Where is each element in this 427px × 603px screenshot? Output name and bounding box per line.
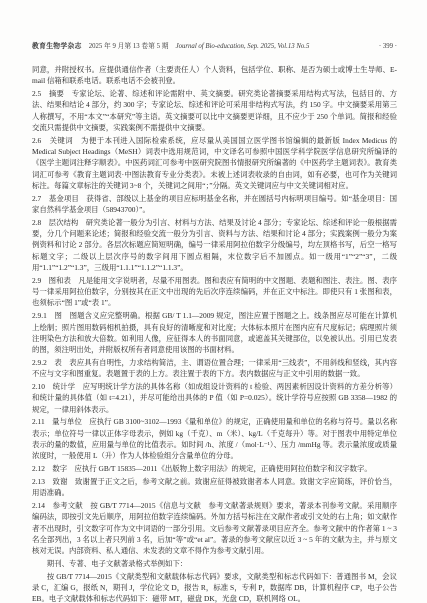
section-2-8-structure: 2.8 层次结构 研究类论著一般分为引言、材料与方法、结果及讨论 4 部分；专家…: [32, 217, 397, 273]
section-2-9-1-figures: 2.9.1 图 图题含义应完整明确。根据 GB/ T 1.1—2009 规定，图…: [32, 310, 397, 355]
section-2-9-figures-tables: 2.9 图和表 凡是能用文字说明者，尽量不用图表。图和表应有简明的中文图题、表题…: [32, 275, 397, 309]
section-2-7-funding: 2.7 基金项目 获得省、部级以上基金的项目应标明基金名称，并在圆括号内标明项目…: [32, 193, 397, 216]
section-2-5-abstract: 2.5 摘要 专家论坛、论著、综述和评论需附中、英文摘要。研究类论著摘要采用结构…: [32, 88, 397, 133]
page-header: 教育生物学杂志 2025 年 9 月第 13 卷第 5 期 Journal of…: [32, 40, 397, 50]
section-2-11-units: 2.11 量与单位 应执行 GB 3100~3102—1993《量和单位》的规定…: [32, 416, 397, 461]
issue-info-cn: 2025 年 9 月第 13 卷第 5 期: [89, 40, 169, 50]
section-2-14-references: 2.14 参考文献 按 GB/T 7714—2015《信息与文献 参考文献著录规…: [32, 500, 397, 556]
journal-page: 教育生物学杂志 2025 年 9 月第 13 卷第 5 期 Journal of…: [0, 0, 427, 603]
section-2-12-numbers: 2.12 数字 应执行 GB/T 15835—2011《出版物上数字用法》的规定…: [32, 463, 397, 474]
journal-title-cn: 教育生物学杂志: [32, 40, 82, 50]
section-2-13-acknowledgement: 2.13 致谢 致谢置于正文之后，参考文献之前。致谢应征得被致谢者本人同意。致谢…: [32, 476, 397, 499]
paragraph-continuation: 同意，并附授权书。应提供通信作者（主要责任人）个人资料，包括学位、职称、是否为硕…: [32, 64, 397, 87]
references-example-intro: 期刊、专著、电子文献著录格式举例如下：: [32, 558, 397, 569]
journal-title-en: Journal of Bio-education, Sep. 2025, Vol…: [176, 43, 310, 50]
section-2-9-2-tables: 2.9.2 表 表应具有自明性，力求结构简洁，主、谓语位置合理；一律采用“三线表…: [32, 357, 397, 380]
guidelines-body: 同意，并附授权书。应提供通信作者（主要责任人）个人资料，包括学位、职称、是否为硕…: [32, 64, 397, 603]
references-type-codes: 按 GB/T 7714—2015《文献类型和文献载体标志代码》要求，文献类型和标…: [32, 571, 397, 603]
page-number: · 399 ·: [379, 43, 397, 50]
section-2-10-statistics: 2.10 统计学 应写明统计学方法的具体名称（如成组设计资料的 t 检验、两因素…: [32, 381, 397, 415]
section-2-6-keywords: 2.6 关键词 为便于本刊进入国际检索系统，应尽量从美国国立医学图书馆编辑的最新…: [32, 135, 397, 191]
